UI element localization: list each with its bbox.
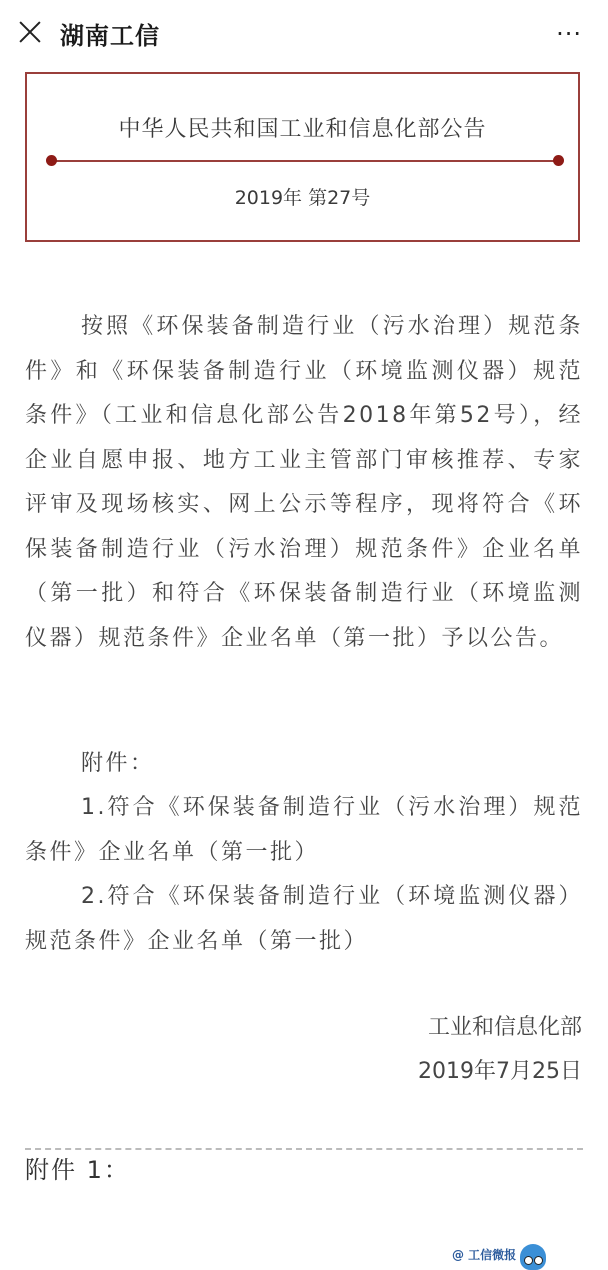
divider (49, 160, 560, 162)
signature-org: 工业和信息化部 (428, 1010, 582, 1041)
main-paragraph: 按照《环保装备制造行业（污水治理）规范条件》和《环保装备制造行业（环境监测仪器）… (25, 305, 583, 661)
attachment-1-heading: 附件 1： (25, 1150, 130, 1185)
announcement-title: 中华人民共和国工业和信息化部公告 (27, 112, 578, 143)
attachments-label: 附件： (25, 742, 583, 787)
close-icon[interactable] (16, 18, 44, 46)
watermark: @ 工信微报 (452, 1246, 516, 1263)
announcement-header: 中华人民共和国工业和信息化部公告 2019年 第27号 (25, 72, 580, 242)
attachment-item-1: 1.符合《环保装备制造行业（污水治理）规范条件》企业名单（第一批） (25, 786, 583, 875)
divider-dot-icon (46, 155, 57, 166)
divider-dot-icon (553, 155, 564, 166)
announcement-number: 2019年 第27号 (27, 183, 578, 210)
attachment-item-2: 2.符合《环保装备制造行业（环境监测仪器）规范条件》企业名单（第一批） (25, 875, 583, 964)
mascot-icon (520, 1244, 546, 1270)
signature-date: 2019年7月25日 (418, 1054, 582, 1085)
top-bar: 湖南工信 ··· (0, 0, 608, 66)
account-title: 湖南工信 (60, 16, 160, 51)
more-options-icon[interactable]: ··· (556, 20, 582, 48)
